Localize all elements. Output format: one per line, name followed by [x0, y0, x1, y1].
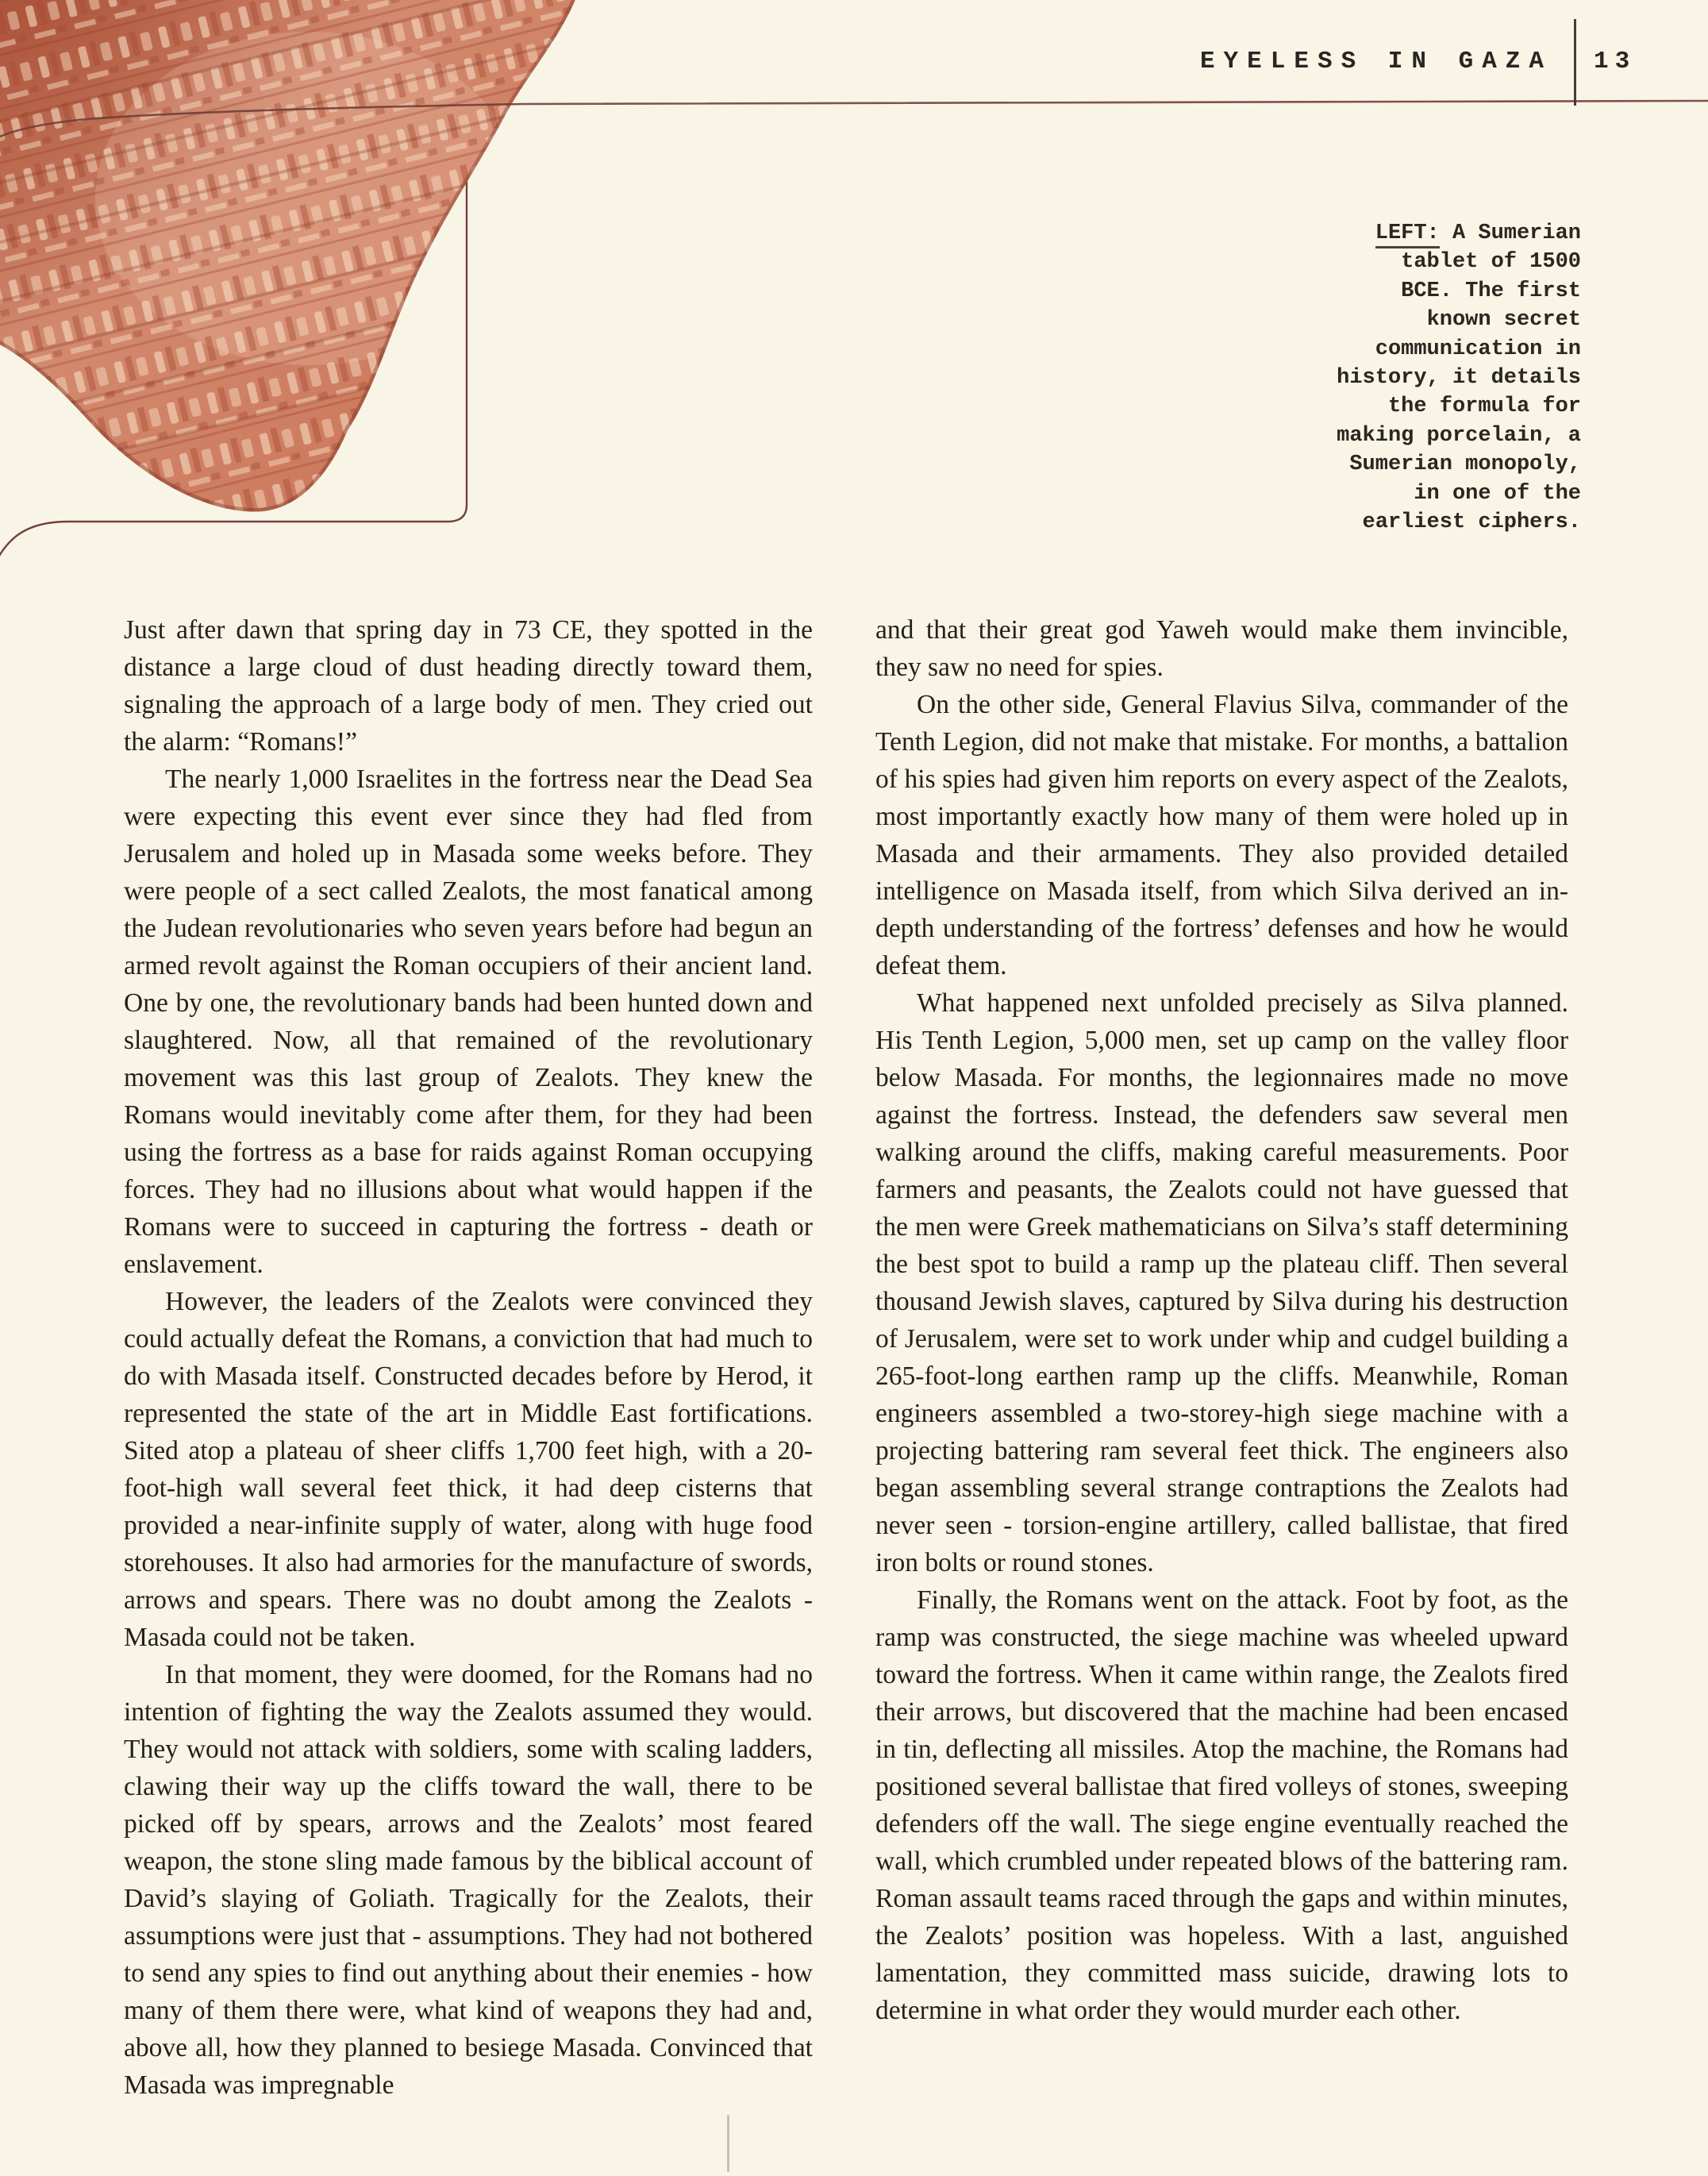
text-column-right: and that their great god Yaweh would mak… — [875, 611, 1568, 2029]
text-column-left: Just after dawn that spring day in 73 CE… — [124, 611, 813, 2104]
running-head-title: EYELESS IN GAZA — [1200, 48, 1552, 75]
magazine-page: EYELESS IN GAZA 13 LEFT: A Sumerian tabl… — [0, 0, 1708, 2176]
image-caption: LEFT: A Sumerian tablet of 1500 BCE. The… — [1184, 219, 1581, 537]
cuneiform-tablet-image — [0, 0, 603, 580]
header-divider-line — [1574, 19, 1576, 106]
caption-label: LEFT: — [1375, 221, 1440, 248]
body-paragraph: On the other side, General Flavius Silva… — [875, 686, 1568, 984]
body-paragraph: The nearly 1,000 Israelites in the fortr… — [124, 761, 813, 1283]
body-paragraph: However, the leaders of the Zealots were… — [124, 1283, 813, 1656]
page-number: 13 — [1594, 48, 1636, 75]
body-paragraph: In that moment, they were doomed, for th… — [124, 1656, 813, 2104]
sumerian-tablet-photo — [0, 0, 603, 580]
caption-text: A Sumerian tablet of 1500 BCE. The first… — [1337, 221, 1581, 534]
body-paragraph: Just after dawn that spring day in 73 CE… — [124, 611, 813, 761]
body-paragraph: Finally, the Romans went on the attack. … — [875, 1581, 1568, 2029]
body-paragraph: What happened next unfolded precisely as… — [875, 984, 1568, 1581]
scan-artifact — [727, 2115, 729, 2172]
body-paragraph: and that their great god Yaweh would mak… — [875, 611, 1568, 686]
